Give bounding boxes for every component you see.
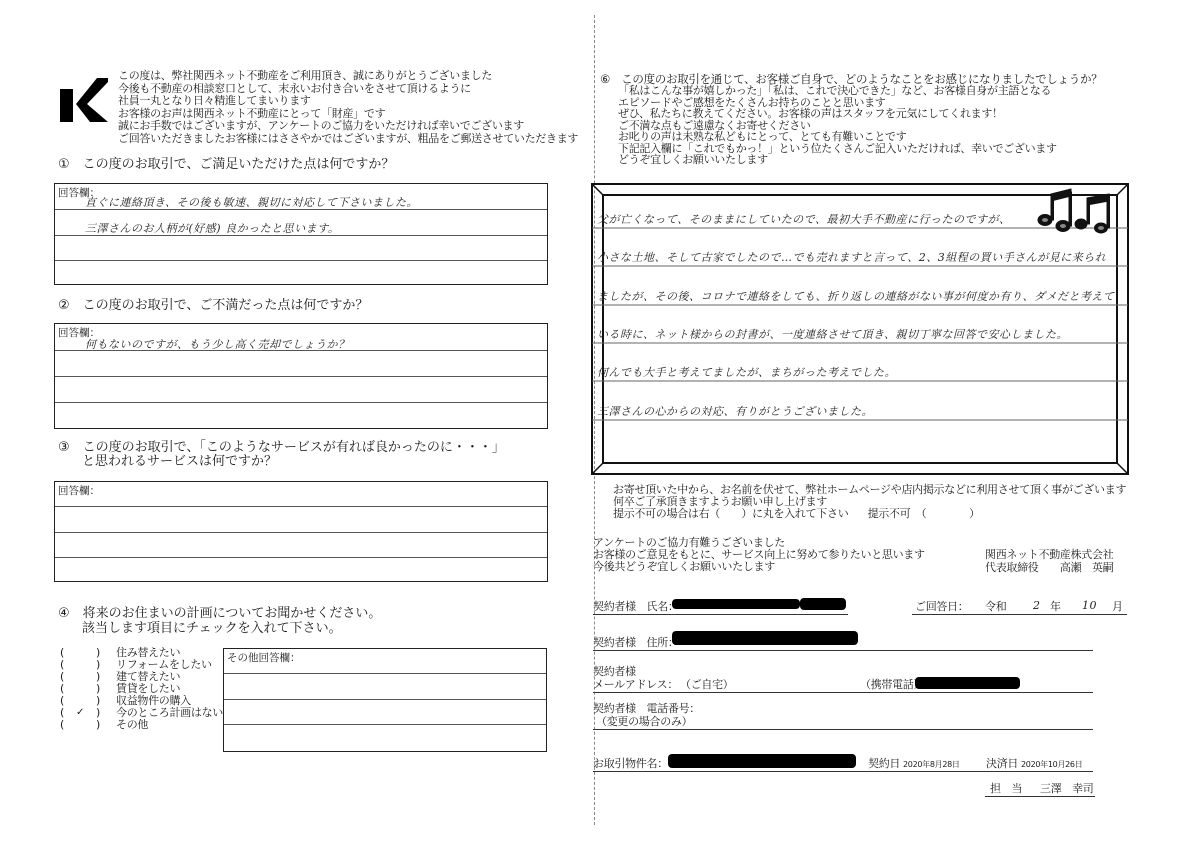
intro-line: どうぞ宜しくお願いいたします	[600, 154, 1102, 166]
plan-option-label: その他	[116, 719, 148, 731]
answer-text: 三澤さんのお人柄が(好感) 良かったと思います。	[85, 220, 339, 236]
name-label: 契約者様 氏名：	[593, 601, 679, 612]
redacted-name-2	[800, 598, 846, 610]
intro-line: 誠にお手数ではございますが、アンケートのご協力をいただければ幸いでございます	[118, 120, 578, 131]
question-2-answer-box[interactable]: 回答欄： 何もないのですが、もう少し高く売却でしょうか？	[54, 323, 548, 429]
answer-text: いる時に、ネット様からの封書が、一度連絡させて頂き、親切丁寧な回答で安心しました…	[597, 326, 1068, 342]
answer-text: 直ぐに連絡頂き、その後も敏速、親切に対応して下さいました。	[85, 194, 418, 210]
email-label-1: 契約者様	[593, 666, 636, 677]
settlement-date-label: 決済日	[986, 758, 1018, 769]
answer-text: 小さな土地、そして古家でしたので…でも売れますと言って、2、3組程の買い手さんが…	[597, 249, 1106, 265]
answer-text: 三澤さんの心からの対応、有りがとうございました。	[597, 403, 873, 419]
question-6-answer-box[interactable]: 父が亡くなって、そのままにしていたので、最初大手不動産に行ったのですが、 小さな…	[591, 183, 1129, 475]
year-unit: 年	[1050, 601, 1061, 612]
phone-label: 契約者様 電話番号：	[593, 703, 700, 714]
intro-line: 今後も不動産の相談窓口として、末永いお付き合いをさせて頂けるように	[118, 83, 578, 94]
answer-date-year[interactable]: 2	[1033, 599, 1041, 612]
question-3-title: ③ この度のお取引で、「このようなサービスが有れば良かったのに・・・」	[58, 441, 505, 455]
question-3-answer-box[interactable]: 回答欄：	[54, 481, 548, 582]
intro-line: ご回答いただきましたお客様にはささやかではございますが、粗品をご郵送させていただ…	[118, 133, 578, 144]
kansai-net-k-logo-icon	[60, 76, 108, 124]
publication-consent: お寄せ頂いた中から、お名前を伏せて、弊社ホームページや店内掲示などに利用させて頂…	[613, 484, 1126, 520]
answer-text: 父が亡くなって、そのままにしていたので、最初大手不動産に行ったのですが、	[597, 211, 1011, 227]
answer-text: 何もないのですが、もう少し高く売却でしょうか？	[85, 336, 350, 352]
question-3-title-line2: と思われるサービスは何ですか？	[82, 455, 277, 469]
contract-date: 2020年8月28日	[903, 759, 960, 770]
redacted-property	[668, 754, 856, 768]
intro-line: お叱りの声は未熟な私どもにとって、とても有難いことです	[600, 131, 1102, 143]
question-1-title: ① この度のお取引で、ご満足いただけた点は何ですか？	[58, 158, 394, 172]
intro-text: この度は、弊社関西ネット不動産をご利用頂き、誠にありがとうございました 今後も不…	[118, 70, 578, 144]
address-label: 契約者様 住所：	[593, 637, 679, 648]
email-label-2: メールアドレス：	[593, 679, 678, 690]
question-4-title: ④ 将来のお住まいの計画についてお聞かせください。	[58, 607, 381, 621]
intro-line: 社員一丸となり日々精進してまいります	[118, 95, 578, 106]
question-2-title: ② この度のお取引で、ご不満だった点は何ですか？	[58, 299, 368, 313]
refuse-prompt: 提示不可の場合は右（ ）に丸を入れて下さい	[613, 507, 848, 520]
intro-line: お客様のお声は関西ネット不動産にとって「財産」です	[118, 108, 578, 119]
company-logo	[60, 76, 108, 124]
other-answer-label: その他回答欄：	[227, 650, 301, 665]
email-home-label: （ご自宅）	[680, 679, 734, 690]
question-1-answer-box[interactable]: 回答欄： 直ぐに連絡頂き、その後も敏速、親切に対応して下さいました。 三澤さんの…	[54, 183, 548, 285]
contract-date-label: 契約日	[868, 758, 900, 769]
intro-line: ぜひ、私たちに教えてください。お客様の声はスタッフを元気にしてくれます！	[600, 108, 1102, 120]
month-unit: 月	[1112, 601, 1123, 612]
intro-line: 「私はこんな事が嬉しかった」「私は、これで決心できた」など、お客様自身が主語とな…	[600, 85, 1102, 97]
staff-label: 担 当	[990, 783, 1022, 794]
music-notes-icon	[1037, 186, 1117, 234]
answer-date-label: ご回答日：	[915, 601, 969, 612]
company-name: 関西ネット不動産株式会社	[985, 549, 1113, 560]
redacted-name	[672, 599, 800, 609]
other-answer-box[interactable]: その他回答欄：	[223, 648, 547, 752]
redacted-mobile	[915, 677, 1020, 689]
thanks-message: アンケートのご協力有難うございました お客様のご意見をもとに、サービス向上に努め…	[593, 537, 925, 573]
settlement-date: 2020年10月26日	[1021, 759, 1082, 770]
check-mark-icon: ✓	[76, 707, 84, 719]
redacted-address	[672, 631, 858, 645]
answer-text: 何んでも大手と考えてましたが、まちがった考えでした。	[597, 364, 896, 380]
question-4-title-line2: 該当します項目にチェックを入れて下さい。	[82, 622, 342, 636]
thanks-line: 今後共どうぞ宜しくお願いいたします	[593, 561, 925, 573]
intro-line: この度は、弊社関西ネット不動産をご利用頂き、誠にありがとうございました	[118, 70, 578, 81]
staff-name: 三澤 幸司	[1040, 783, 1094, 794]
phone-note: （変更の場合のみ）	[596, 716, 692, 727]
answer-date-era: 令和	[985, 601, 1006, 612]
refuse-checkbox[interactable]: 提示不可 （ ）	[868, 507, 980, 520]
answer-date-month[interactable]: 10	[1082, 599, 1097, 612]
property-label: お取引物件名：	[593, 758, 668, 769]
answer-label: 回答欄：	[58, 483, 100, 498]
answer-text: ましたが、その後、コロナで連絡をしても、折り返しの連絡がない事が何度か有り、ダメ…	[597, 288, 1115, 304]
representative: 代表取締役 高瀬 英嗣	[985, 562, 1113, 573]
question-6-intro: ⑥ この度のお取引を通じて、お客様ご自身で、どのようなことをお感じになりましたで…	[600, 73, 1102, 166]
